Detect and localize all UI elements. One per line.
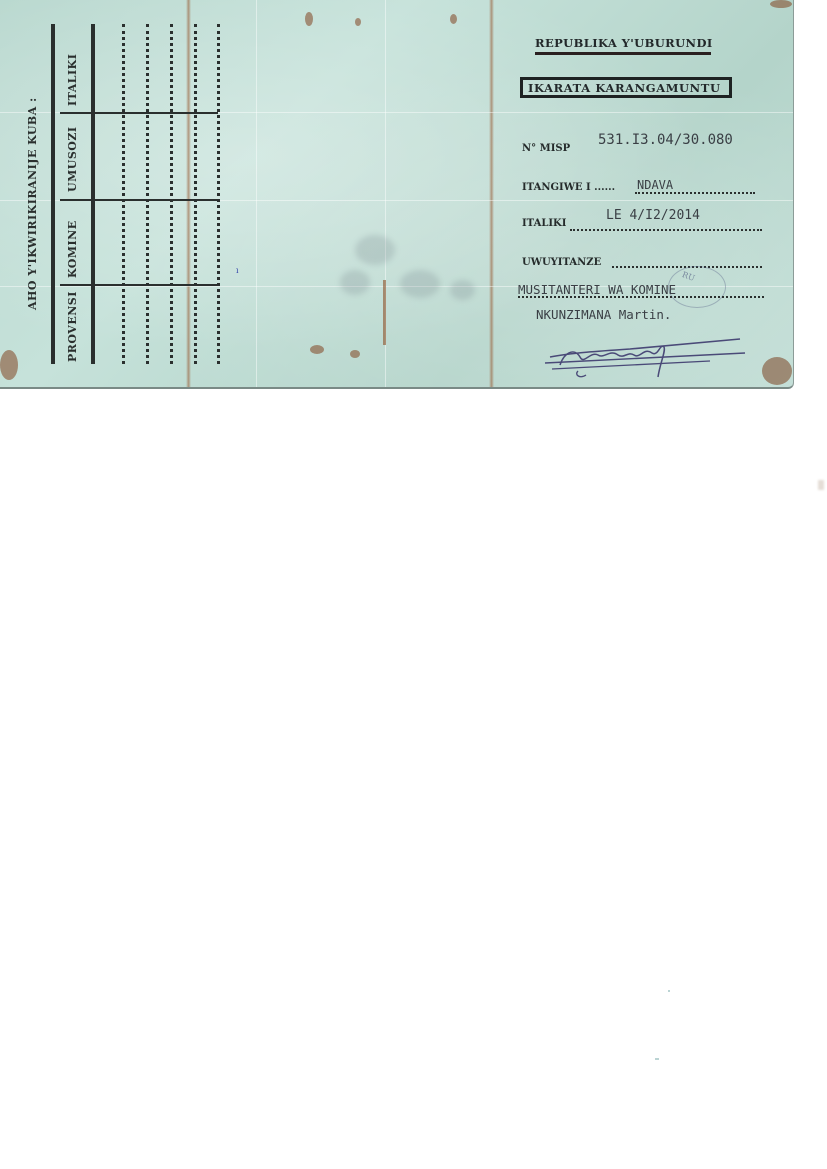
field-label-issuer: UWUYITANZE	[522, 257, 601, 268]
field-dotted-line	[635, 192, 755, 194]
column-header-komine: KOMINE	[66, 220, 79, 278]
field-label-date: ITALIKI	[522, 218, 566, 229]
field-label-issued-at: ITANGIWE I ......	[522, 182, 615, 193]
field-dotted-line	[570, 229, 762, 231]
column-header-italiki: ITALIKI	[66, 54, 79, 106]
entry-dotted-line	[170, 24, 173, 364]
country-name: REPUBLIKA Y'UBURUNDI	[535, 36, 713, 50]
entry-dotted-line	[146, 24, 149, 364]
stain	[310, 345, 324, 354]
scan-speck	[655, 1058, 659, 1060]
entry-dotted-line	[122, 24, 125, 364]
column-header-provensi: PROVENSI	[66, 291, 79, 362]
table-border-line	[51, 24, 55, 364]
column-header-umusozi: UMUSOZI	[66, 126, 79, 192]
entry-dotted-line	[194, 24, 197, 364]
stain	[0, 350, 18, 380]
field-value-misp: 531.I3.04/30.080	[598, 132, 733, 148]
field-dotted-line	[518, 296, 764, 298]
stain	[355, 18, 361, 26]
scan-speck	[668, 990, 670, 992]
stain	[350, 350, 360, 358]
crease	[256, 0, 257, 387]
field-value-date: LE 4/I2/2014	[606, 208, 700, 223]
fold-line	[489, 0, 494, 387]
stain	[762, 357, 792, 385]
stain	[450, 14, 457, 24]
entry-dotted-line	[217, 24, 220, 364]
table-border-line	[91, 24, 95, 364]
identity-card: AHO Y'IKWIRIKIRANIJE KUBA : PROVENSI KOM…	[0, 0, 794, 389]
issuer-name: NKUNZIMANA Martin.	[536, 307, 671, 322]
field-label-misp: N° MISP	[522, 143, 570, 154]
smudge	[450, 280, 475, 300]
issuer-title: MUSITANTERI WA KOMINE	[518, 282, 676, 297]
smudge	[355, 235, 395, 265]
residence-heading: AHO Y'IKWIRIKIRANIJE KUBA :	[26, 97, 39, 310]
stain	[305, 12, 313, 26]
signature-icon	[540, 333, 750, 383]
stain	[383, 280, 386, 345]
official-stamp	[668, 266, 726, 308]
stain	[770, 0, 792, 8]
smudge	[340, 270, 370, 295]
country-underline	[535, 52, 711, 55]
ink-mark: ı	[236, 266, 239, 275]
smudge	[400, 270, 440, 298]
fold-line	[186, 0, 191, 387]
scan-speck	[818, 480, 824, 490]
field-value-issued-at: NDAVA	[637, 178, 673, 192]
card-title: IKARATA KARANGAMUNTU	[528, 81, 721, 95]
